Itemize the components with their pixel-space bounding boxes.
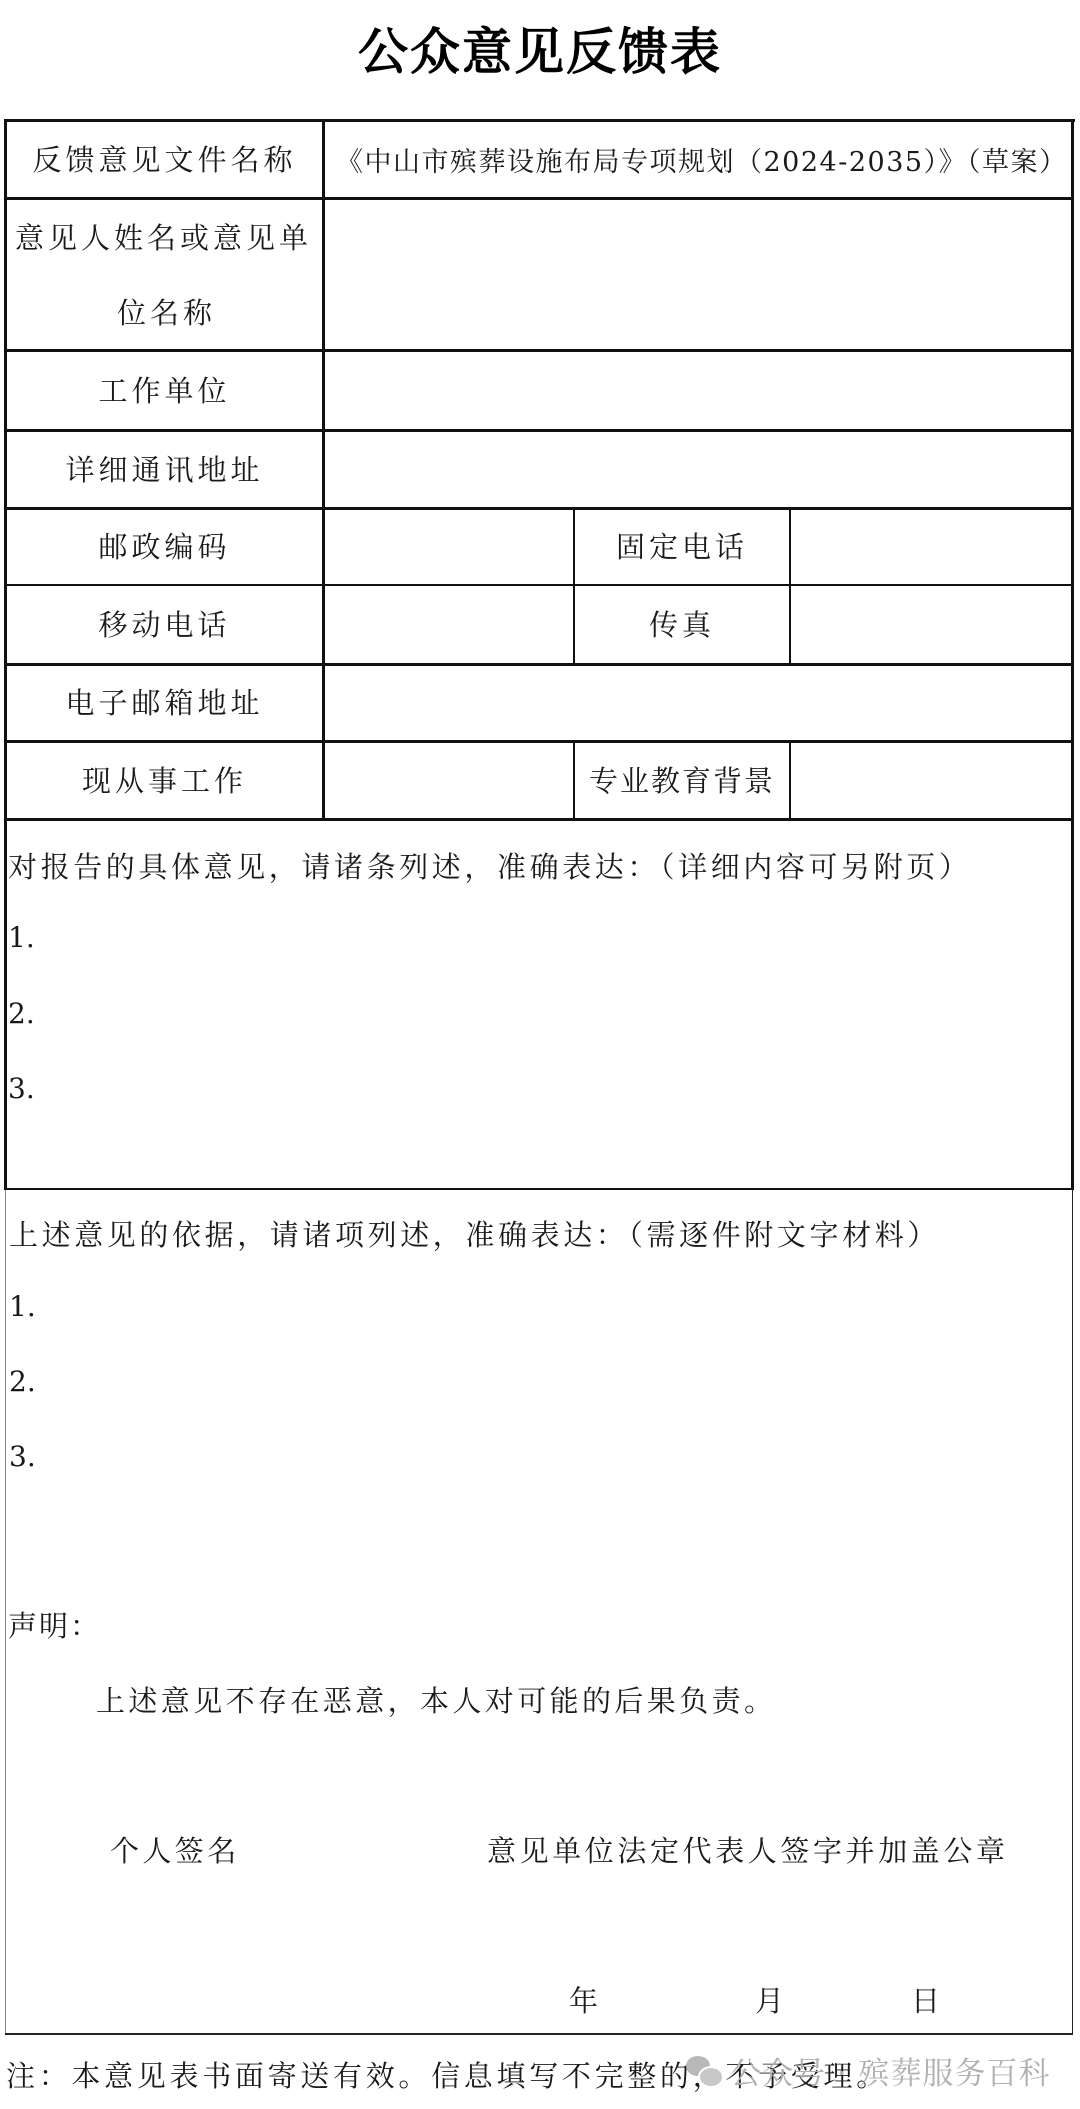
org-signature-field[interactable] — [480, 1870, 1040, 1970]
mobile-field[interactable] — [325, 586, 573, 663]
opinion-item-2: 2. — [8, 997, 35, 1030]
commenter-name-field[interactable] — [325, 200, 1071, 349]
date-year-label: 年 — [569, 1979, 602, 2020]
label-address: 详细通讯地址 — [7, 432, 322, 507]
table-border — [5, 2033, 1073, 2035]
work-unit-field[interactable] — [325, 352, 1071, 429]
email-field[interactable] — [325, 666, 1071, 740]
label-commenter-name-line1: 意见人姓名或意见单 — [15, 216, 312, 257]
fax-field[interactable] — [791, 586, 1071, 663]
landline-field[interactable] — [791, 510, 1071, 584]
table-border — [1072, 1190, 1073, 2035]
label-fax: 传真 — [575, 586, 789, 663]
page-title: 公众意见反馈表 — [0, 12, 1080, 84]
table-border — [1071, 119, 1074, 1190]
address-field[interactable] — [325, 432, 1071, 507]
basis-heading: 上述意见的依据，请诸项列述，准确表达：（需逐件附文字材料） — [9, 1213, 940, 1254]
label-work-unit: 工作单位 — [7, 352, 322, 429]
label-landline: 固定电话 — [575, 510, 789, 584]
postcode-field[interactable] — [325, 510, 573, 584]
education-field[interactable] — [791, 743, 1071, 818]
opinion-item-1: 1. — [8, 921, 35, 954]
watermark-text: 公众号 · 殡葬服务百科 — [730, 2048, 1051, 2093]
watermark: 公众号 · 殡葬服务百科 — [686, 2048, 1051, 2093]
date-day-label: 日 — [911, 1979, 944, 2020]
label-document-name: 反馈意见文件名称 — [7, 122, 322, 197]
label-commenter-name: 意见人姓名或意见单 位名称 — [7, 200, 322, 349]
personal-signature-label: 个人签名 — [110, 1829, 240, 1870]
wechat-icon — [686, 2056, 720, 2086]
declaration-text: 上述意见不存在恶意，本人对可能的后果负责。 — [96, 1679, 776, 1720]
label-mobile: 移动电话 — [7, 586, 322, 663]
label-commenter-name-line2: 位名称 — [117, 291, 216, 332]
label-occupation: 现从事工作 — [7, 743, 322, 818]
opinions-section[interactable]: 对报告的具体意见，请诸条列述，准确表达：（详细内容可另附页） 1. 2. 3. — [7, 821, 1071, 1188]
personal-signature-field[interactable] — [100, 1870, 430, 1970]
label-email: 电子邮箱地址 — [7, 666, 322, 740]
label-postcode: 邮政编码 — [7, 510, 322, 584]
basis-item-2: 2. — [9, 1365, 36, 1398]
org-signature-label: 意见单位法定代表人签字并加盖公章 — [487, 1829, 1009, 1870]
basis-item-1: 1. — [9, 1290, 36, 1323]
occupation-field[interactable] — [325, 743, 573, 818]
date-month-label: 月 — [755, 1979, 788, 2020]
basis-section[interactable]: 上述意见的依据，请诸项列述，准确表达：（需逐件附文字材料） 1. 2. 3. — [6, 1190, 1071, 1530]
opinions-heading: 对报告的具体意见，请诸条列述，准确表达：（详细内容可另附页） — [8, 845, 972, 886]
document-name-value: 《中山市殡葬设施布局专项规划（2024-2035）》（草案） — [336, 122, 1071, 197]
basis-item-3: 3. — [9, 1440, 36, 1473]
label-education: 专业教育背景 — [575, 743, 789, 818]
declaration-label: 声明： — [8, 1604, 101, 1645]
opinion-item-3: 3. — [8, 1072, 35, 1105]
